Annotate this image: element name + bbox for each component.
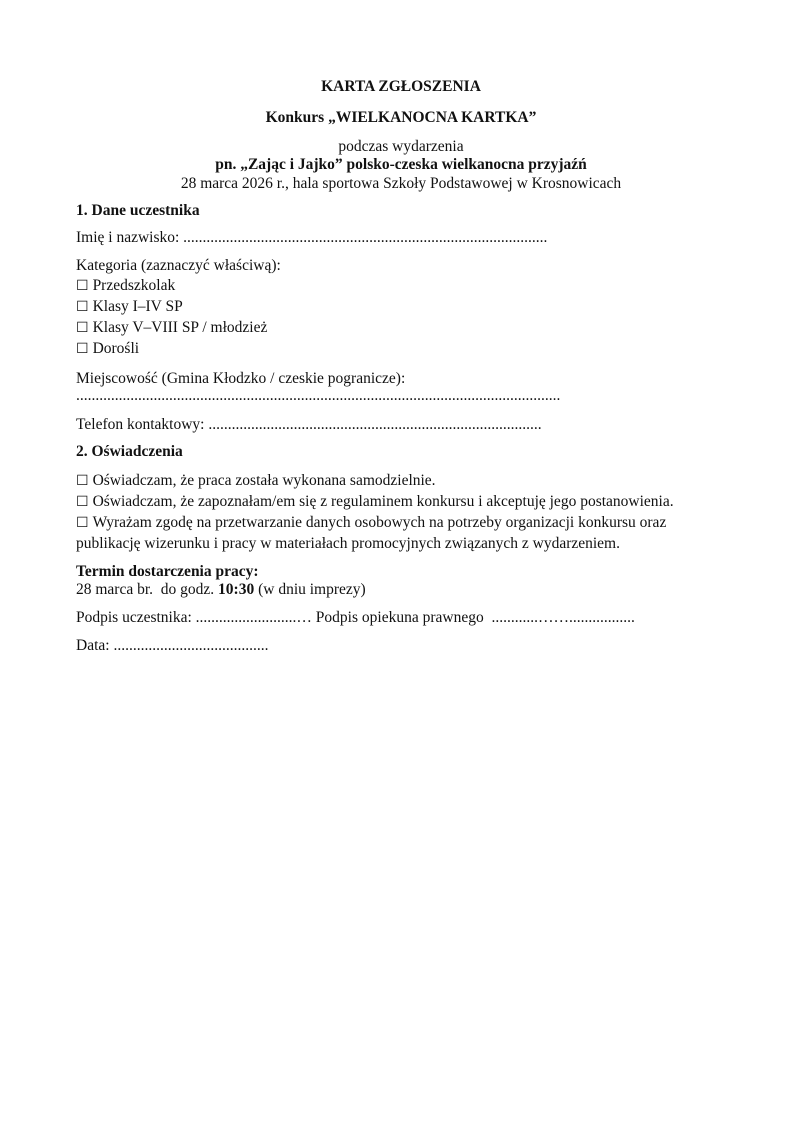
checkbox-icon[interactable]: ☐	[76, 473, 89, 489]
statement-rules-accepted[interactable]: ☐Oświadczam, że zapoznałam/em się z regu…	[76, 493, 674, 511]
statement-independent-work[interactable]: ☐Oświadczam, że praca została wykonana s…	[76, 472, 436, 490]
statement-data-consent[interactable]: ☐Wyrażam zgodę na przetwarzanie danych o…	[76, 514, 666, 532]
form-title: KARTA ZGŁOSZENIA	[76, 78, 726, 96]
statement-label: Wyrażam zgodę na przetwarzanie danych os…	[93, 514, 667, 531]
statement-data-consent-continuation: publikację wizerunku i pracy w materiała…	[76, 535, 620, 553]
deadline-note: (w dniu imprezy)	[254, 581, 365, 598]
deadline-date: 28 marca br. do godz.	[76, 581, 218, 598]
category-option-adults[interactable]: ☐Dorośli	[76, 340, 139, 358]
event-date-location: 28 marca 2026 r., hala sportowa Szkoły P…	[76, 175, 726, 193]
statement-label: Oświadczam, że zapoznałam/em się z regul…	[93, 493, 674, 510]
location-field[interactable]: ........................................…	[76, 387, 560, 405]
signature-fields[interactable]: Podpis uczestnika: .....................…	[76, 609, 635, 627]
date-field[interactable]: Data: ..................................…	[76, 637, 268, 655]
category-option-preschool[interactable]: ☐Przedszkolak	[76, 277, 175, 295]
checkbox-icon[interactable]: ☐	[76, 341, 89, 357]
phone-field[interactable]: Telefon kontaktowy: ....................…	[76, 416, 542, 434]
section2-heading: 2. Oświadczenia	[76, 443, 183, 461]
category-option-grades-5-8[interactable]: ☐Klasy V–VIII SP / młodzież	[76, 319, 267, 337]
name-field[interactable]: Imię i nazwisko: .......................…	[76, 229, 547, 247]
category-option-label: Przedszkolak	[93, 277, 176, 294]
category-option-label: Klasy V–VIII SP / młodzież	[93, 319, 268, 336]
checkbox-icon[interactable]: ☐	[76, 320, 89, 336]
category-label: Kategoria (zaznaczyć właściwą):	[76, 257, 281, 275]
checkbox-icon[interactable]: ☐	[76, 278, 89, 294]
deadline-text: 28 marca br. do godz. 10:30 (w dniu impr…	[76, 581, 366, 599]
section1-heading: 1. Dane uczestnika	[76, 202, 200, 220]
deadline-heading: Termin dostarczenia pracy:	[76, 563, 259, 581]
category-option-label: Klasy I–IV SP	[93, 298, 183, 315]
category-option-grades-1-4[interactable]: ☐Klasy I–IV SP	[76, 298, 183, 316]
checkbox-icon[interactable]: ☐	[76, 299, 89, 315]
event-intro: podczas wydarzenia	[76, 138, 726, 156]
category-option-label: Dorośli	[93, 340, 140, 357]
contest-name: Konkurs „WIELKANOCNA KARTKA”	[76, 109, 726, 127]
location-label: Miejscowość (Gmina Kłodzko / czeskie pog…	[76, 370, 405, 388]
event-name: pn. „Zając i Jajko” polsko-czeska wielka…	[76, 156, 726, 174]
deadline-time: 10:30	[218, 581, 254, 598]
checkbox-icon[interactable]: ☐	[76, 494, 89, 510]
checkbox-icon[interactable]: ☐	[76, 515, 89, 531]
statement-label: Oświadczam, że praca została wykonana sa…	[93, 472, 436, 489]
